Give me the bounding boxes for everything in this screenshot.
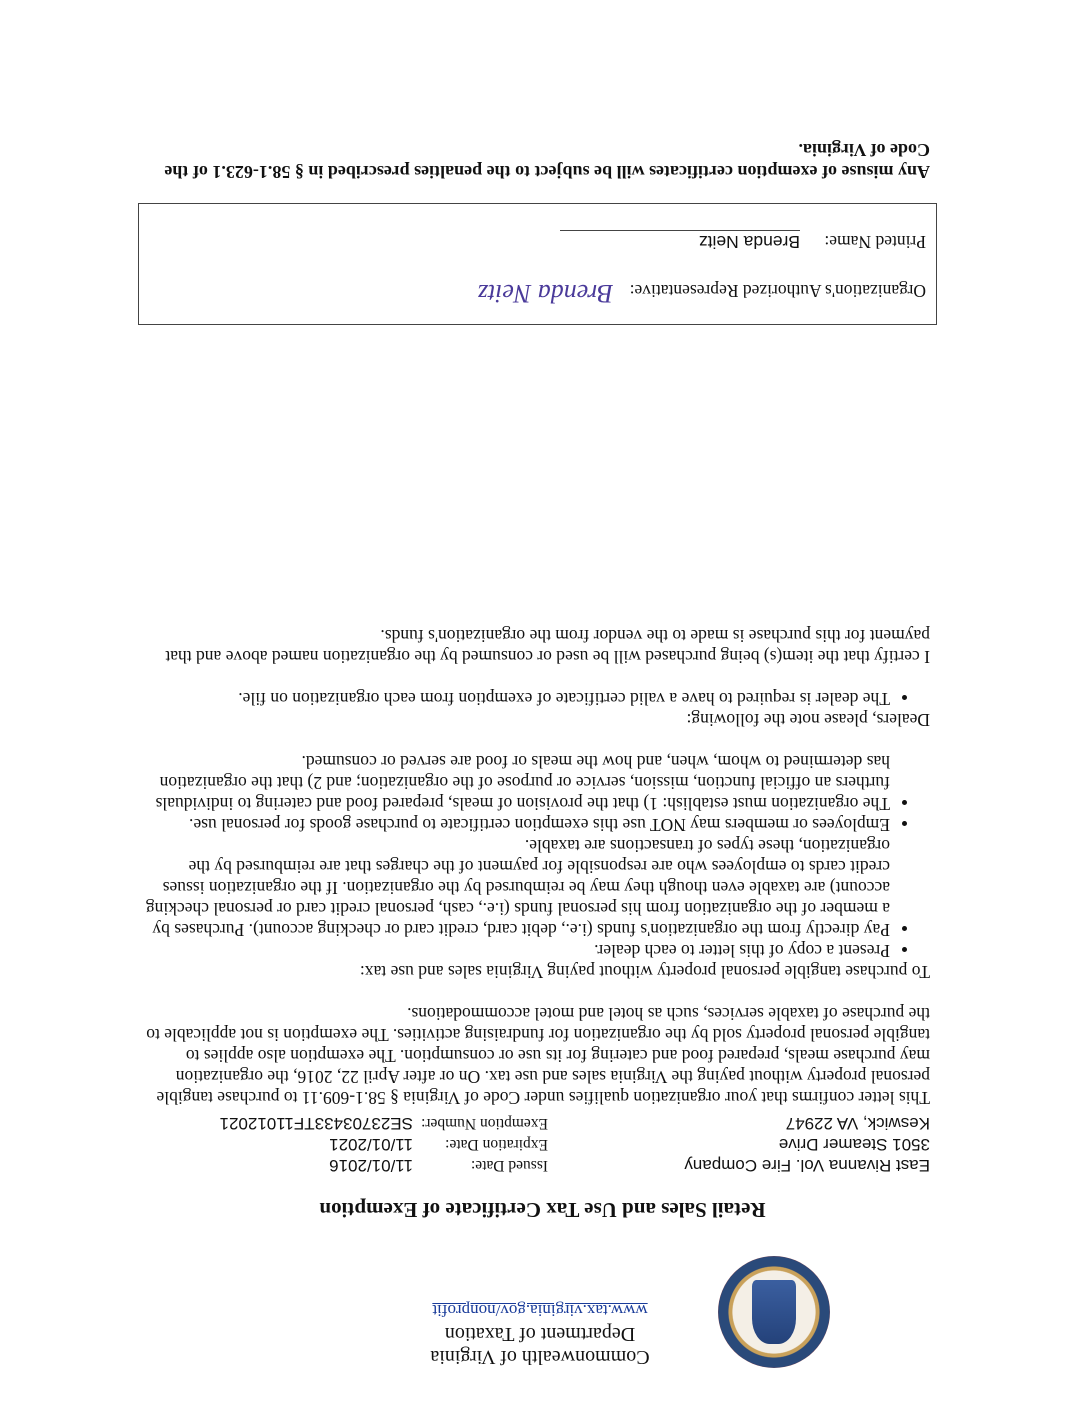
printed-name-row: Printed Name: Brenda Neitz (560, 230, 926, 252)
signature-box: Organization's Authorized Representative… (138, 203, 937, 325)
expiration-label: Expiration Date: (413, 1134, 548, 1155)
signature: Brenda Neitz (478, 283, 614, 304)
issued-label: Issued Date: (413, 1155, 548, 1176)
commonwealth-line: Commonwealth of Virginia (400, 1345, 680, 1368)
organization-address: East Rivanna Vol. Fire Company 3501 Stea… (684, 1113, 930, 1176)
purchase-instructions-heading: To purchase tangible personal property w… (145, 961, 930, 982)
printed-name-value: Brenda Neitz (560, 230, 800, 252)
issued-value: 11/01/2016 (329, 1155, 413, 1176)
list-item: Present a copy of this letter to each de… (145, 940, 890, 961)
department-line: Department of Taxation (400, 1322, 680, 1345)
certification-paragraph: I certify that the item(s) being purchas… (145, 625, 930, 667)
representative-row: Organization's Authorized Representative… (478, 280, 926, 304)
intro-paragraph: This letter confirms that your organizat… (145, 1003, 930, 1108)
exemption-value: SE23703433TF11012021 (220, 1113, 413, 1134)
dealers-heading: Dealers, please note the following: (145, 709, 930, 730)
certificate-page: Commonwealth of Virginia Department of T… (0, 0, 1085, 1408)
organization-name: East Rivanna Vol. Fire Company (684, 1155, 930, 1176)
list-item: Employees or members may NOT use this ex… (145, 814, 890, 835)
printed-name-label: Printed Name: (824, 232, 926, 252)
list-item: Pay directly from the organization's fun… (145, 835, 890, 940)
virginia-seal-icon (718, 1256, 830, 1368)
misuse-warning: Any misuse of exemption certificates wil… (140, 139, 930, 183)
nonprofit-link[interactable]: www.tax.virginia.gov/nonprofit (400, 1299, 680, 1322)
purchase-instructions-list: Present a copy of this letter to each de… (145, 751, 930, 961)
list-item: The dealer is required to have a valid c… (145, 688, 890, 709)
certificate-body: This letter confirms that your organizat… (145, 604, 930, 1108)
list-item: The organization must establish: 1) that… (145, 751, 890, 814)
expiration-value: 11/01/2021 (329, 1134, 413, 1155)
certificate-meta: Issued Date:11/01/2016 Expiration Date:1… (220, 1113, 548, 1176)
organization-city: Keswick, VA 22947 (684, 1113, 930, 1134)
dealers-list: The dealer is required to have a valid c… (145, 688, 930, 709)
representative-label: Organization's Authorized Representative… (630, 281, 926, 301)
department-header: Commonwealth of Virginia Department of T… (400, 1299, 680, 1368)
organization-street: 3501 Steamer Drive (684, 1134, 930, 1155)
document-title: Retail Sales and Use Tax Certificate of … (0, 1199, 1085, 1220)
exemption-label: Exemption Number: (413, 1113, 548, 1134)
